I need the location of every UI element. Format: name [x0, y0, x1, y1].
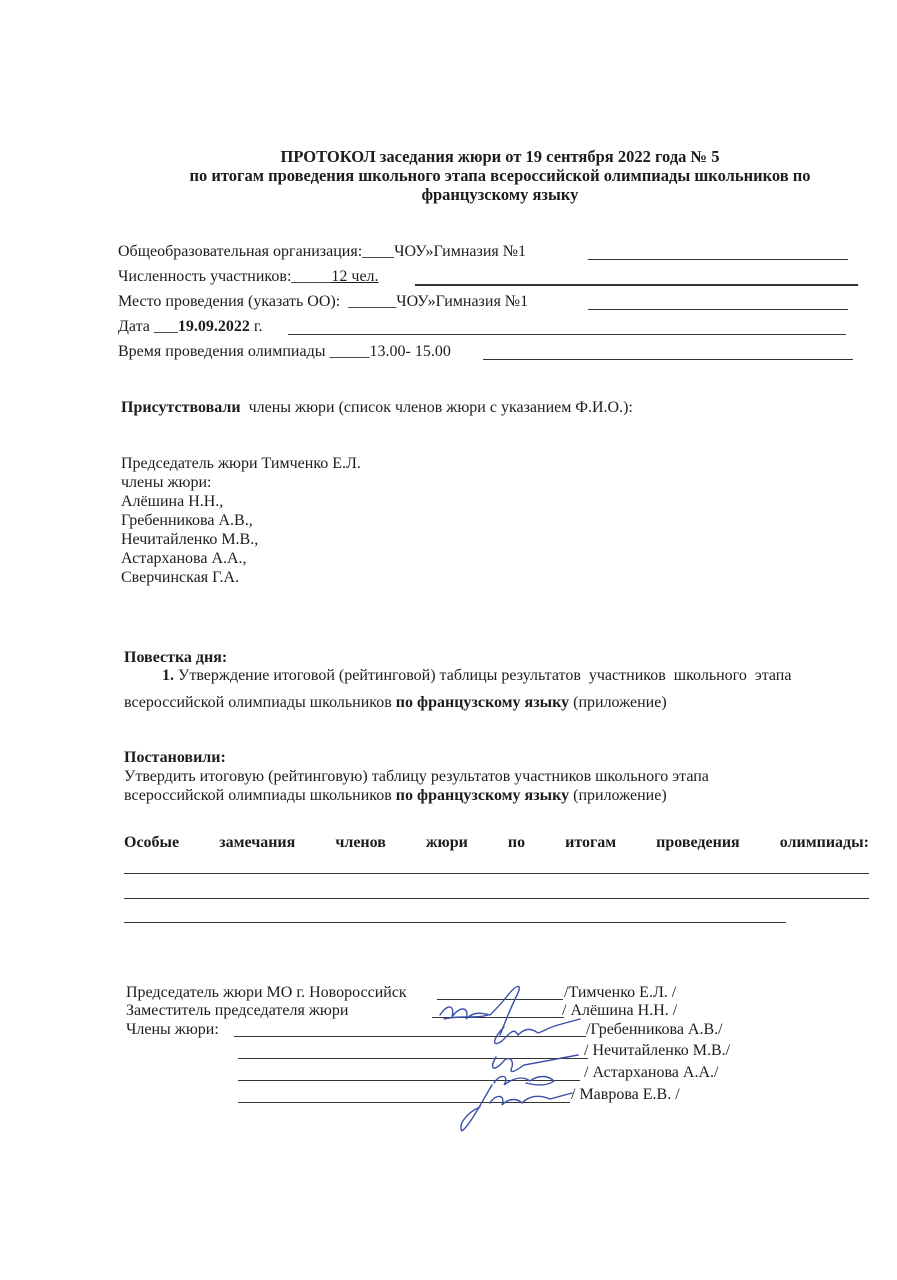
- venue-value: ЧОУ»Гимназия №1: [396, 293, 528, 310]
- count-value: 12 чел.: [331, 268, 378, 285]
- agenda-item-1: 1. Утверждение итоговой (рейтинговой) та…: [124, 666, 869, 685]
- field-organization: Общеобразовательная организация:____ЧОУ»…: [118, 242, 526, 261]
- protocol-title: ПРОТОКОЛ заседания жюри от 19 сентября 2…: [120, 147, 880, 166]
- date-suffix: г.: [250, 318, 267, 335]
- handwritten-signatures-icon: [430, 975, 600, 1135]
- sig-member-name: / Астарханова А.А./: [584, 1063, 718, 1082]
- date-underline: [288, 334, 846, 335]
- protocol-subject: французскому языку: [120, 185, 880, 204]
- org-blank: ____: [362, 243, 394, 260]
- time-value: 13.00- 15.00: [369, 343, 450, 360]
- agenda-item-text: Утверждение итоговой (рейтинговой) табли…: [178, 667, 791, 684]
- agenda-heading: Повестка дня:: [124, 648, 227, 667]
- jury-member: Сверчинская Г.А.: [121, 568, 239, 587]
- time-label: Время проведения олимпиады: [118, 343, 325, 360]
- field-date: Дата ___19.09.2022 г.: [118, 317, 267, 336]
- remarks-word: по: [508, 833, 525, 852]
- resolution-heading: Постановили:: [124, 748, 226, 767]
- sig-member-name: /Гребенникова А.В./: [586, 1020, 723, 1039]
- remarks-heading: Особые замечания членов жюри по итогам п…: [124, 833, 869, 852]
- field-time: Время проведения олимпиады _____13.00- 1…: [118, 342, 451, 361]
- agenda-item-number: 1.: [162, 667, 174, 684]
- agenda-text: всероссийской олимпиады школьников: [124, 694, 396, 711]
- jury-member: Астарханова А.А.,: [121, 549, 247, 568]
- agenda-subject: по французскому языку: [396, 694, 569, 711]
- remarks-word: членов: [335, 833, 386, 852]
- resolution-text: всероссийской олимпиады школьников: [124, 787, 396, 804]
- sig-chair-label: Председатель жюри МО г. Новороссийск: [126, 983, 407, 1002]
- remarks-line: [124, 922, 786, 923]
- date-label: Дата: [118, 318, 150, 335]
- sig-members-label: Члены жюри:: [126, 1020, 219, 1039]
- resolution-line2: всероссийской олимпиады школьников по фр…: [124, 786, 667, 805]
- remarks-word: Особые: [124, 833, 179, 852]
- count-underline: [415, 284, 858, 286]
- sig-deputy-label: Заместитель председателя жюри: [126, 1001, 348, 1020]
- venue-label: Место проведения (указать ОО):: [118, 293, 340, 310]
- resolution-subject: по французскому языку: [396, 787, 569, 804]
- remarks-word: замечания: [219, 833, 295, 852]
- date-value: 19.09.2022: [178, 318, 250, 335]
- jury-chair: Председатель жюри Тимченко Е.Л.: [121, 454, 361, 473]
- count-blank: _____: [291, 268, 331, 285]
- resolution-line1: Утвердить итоговую (рейтинговую) таблицу…: [124, 767, 709, 786]
- remarks-line: [124, 898, 869, 899]
- date-blank: ___: [150, 318, 178, 335]
- org-label: Общеобразовательная организация:: [118, 243, 362, 260]
- count-label: Численность участников:: [118, 268, 291, 285]
- time-underline: [483, 359, 853, 360]
- field-venue: Место проведения (указать ОО): ______ЧОУ…: [118, 292, 528, 311]
- attendance-heading: Присутствовали члены жюри (список членов…: [121, 398, 633, 417]
- remarks-word: олимпиады:: [780, 833, 869, 852]
- agenda-item-1-cont: всероссийской олимпиады школьников по фр…: [124, 693, 667, 712]
- time-blank: _____: [325, 343, 369, 360]
- agenda-text-end: (приложение): [569, 694, 667, 711]
- jury-member: Алёшина Н.Н.,: [121, 492, 223, 511]
- remarks-word: жюри: [426, 833, 468, 852]
- venue-blank: ______: [340, 293, 396, 310]
- attendance-heading-bold: Присутствовали: [121, 399, 241, 416]
- protocol-subtitle: по итогам проведения школьного этапа все…: [120, 166, 880, 185]
- remarks-word: проведения: [656, 833, 740, 852]
- resolution-text-end: (приложение): [569, 787, 667, 804]
- jury-members-label: члены жюри:: [121, 473, 211, 492]
- sig-member-name: / Нечитайленко М.В./: [584, 1041, 730, 1060]
- remarks-line: [124, 873, 869, 874]
- remarks-word: итогам: [565, 833, 616, 852]
- attendance-heading-rest: члены жюри (список членов жюри с указани…: [241, 399, 633, 416]
- jury-member: Гребенникова А.В.,: [121, 511, 253, 530]
- field-participants: Численность участников:_____12 чел.: [118, 267, 379, 286]
- org-value: ЧОУ»Гимназия №1: [394, 243, 526, 260]
- org-underline: [588, 259, 848, 260]
- venue-underline: [588, 309, 848, 310]
- jury-member: Нечитайленко М.В.,: [121, 530, 258, 549]
